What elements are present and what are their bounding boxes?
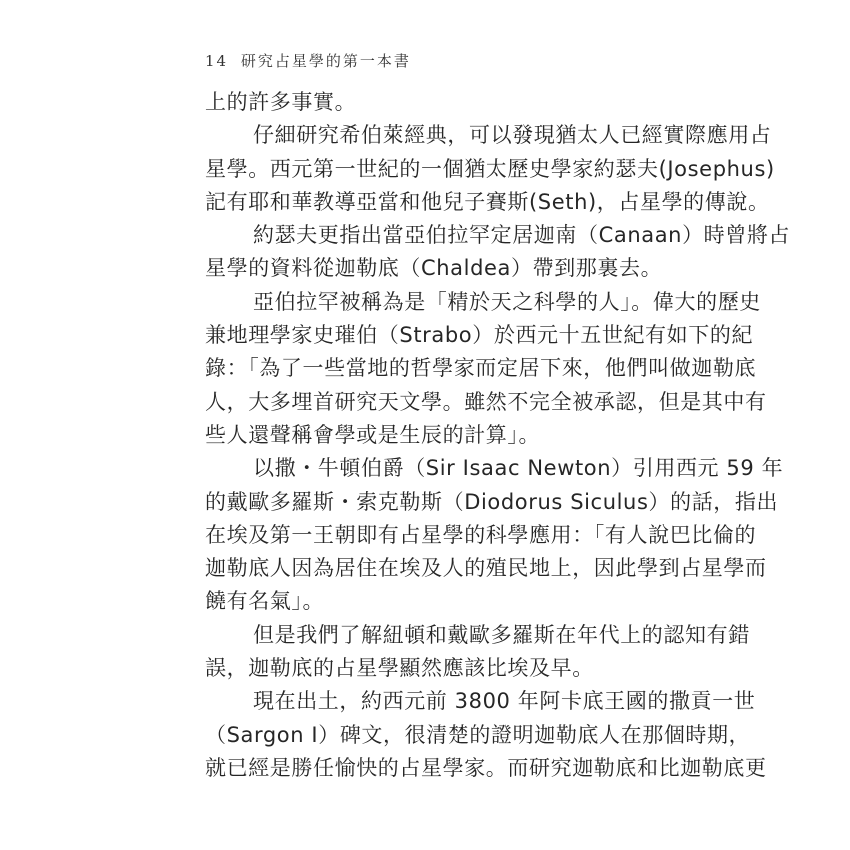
text-line: 但是我們了解紐頓和戴歐多羅斯在年代上的認知有錯 <box>205 619 651 652</box>
text-line: 饒有名氣」。 <box>205 585 651 618</box>
body-text: 上的許多事實。 仔細研究希伯萊經典，可以發現猶太人已經實際應用占 星學。西元第一… <box>205 86 651 785</box>
book-title: 研究占星學的第一本書 <box>241 52 411 70</box>
text-line: 迦勒底人因為居住在埃及人的殖民地上，因此學到占星學而 <box>205 552 651 585</box>
text-line: 上的許多事實。 <box>205 86 651 119</box>
text-line: 亞伯拉罕被稱為是「精於天之科學的人」。偉大的歷史 <box>205 286 651 319</box>
book-page: 14 研究占星學的第一本書 上的許多事實。 仔細研究希伯萊經典，可以發現猶太人已… <box>0 0 850 850</box>
text-line: 約瑟夫更指出當亞伯拉罕定居迦南（Canaan）時曾將占 <box>205 219 651 252</box>
text-line: 星學。西元第一世紀的一個猶太歷史學家約瑟夫(Josephus) <box>205 153 651 186</box>
page-number: 14 <box>205 52 228 70</box>
running-header: 14 研究占星學的第一本書 <box>205 50 411 71</box>
text-line: 些人還聲稱會學或是生辰的計算」。 <box>205 419 651 452</box>
text-line: 在埃及第一王朝即有占星學的科學應用：「有人說巴比倫的 <box>205 519 651 552</box>
text-line: 仔細研究希伯萊經典，可以發現猶太人已經實際應用占 <box>205 119 651 152</box>
text-line: 誤，迦勒底的占星學顯然應該比埃及早。 <box>205 652 651 685</box>
text-line: 現在出土，約西元前 3800 年阿卡底王國的撒貢一世 <box>205 685 651 718</box>
text-line: （Sargon I）碑文，很清楚的證明迦勒底人在那個時期， <box>205 719 651 752</box>
text-line: 錄：「為了一些當地的哲學家而定居下來，他們叫做迦勒底 <box>205 352 651 385</box>
text-line: 的戴歐多羅斯・索克勒斯（Diodorus Siculus）的話，指出 <box>205 486 651 519</box>
text-line: 兼地理學家史璀伯（Strabo）於西元十五世紀有如下的紀 <box>205 319 651 352</box>
text-line: 人，大多埋首研究天文學。雖然不完全被承認，但是其中有 <box>205 386 651 419</box>
text-line: 星學的資料從迦勒底（Chaldea）帶到那裏去。 <box>205 252 651 285</box>
text-line: 記有耶和華教導亞當和他兒子賽斯(Seth)，占星學的傳說。 <box>205 186 651 219</box>
text-line: 就已經是勝任愉快的占星學家。而研究迦勒底和比迦勒底更 <box>205 752 651 785</box>
text-line: 以撒・牛頓伯爵（Sir Isaac Newton）引用西元 59 年 <box>205 452 651 485</box>
